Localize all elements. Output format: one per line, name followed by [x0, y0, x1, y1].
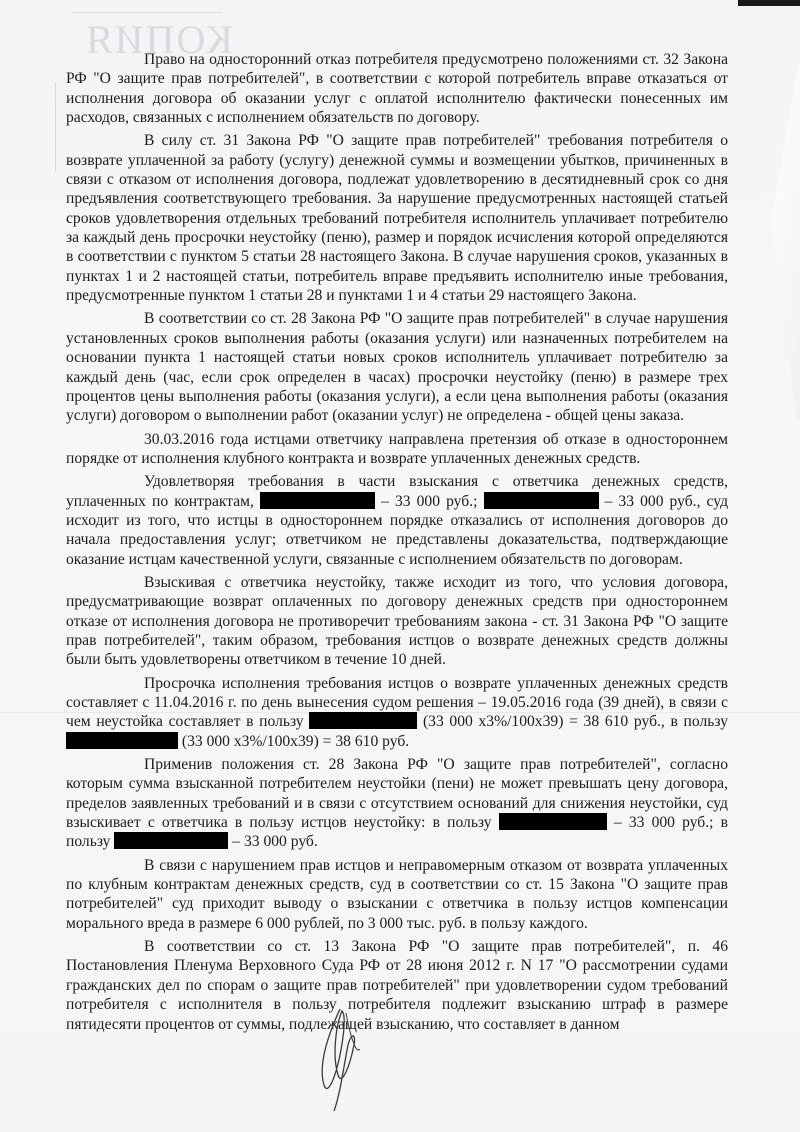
text-segment: (33 000 х3%/100х39) = 38 610 руб., в пол… — [417, 713, 728, 730]
stamp-line — [72, 12, 222, 13]
redacted-name — [484, 492, 599, 509]
redacted-name — [114, 832, 228, 849]
paragraph-claim-date: 30.03.2016 года истцами ответчику направ… — [66, 430, 728, 469]
paragraph-article-28: В соответствии со ст. 28 Закона РФ "О за… — [66, 309, 728, 425]
page-corner-shadow — [730, 0, 800, 420]
paragraph-fine: В соответствии со ст. 13 Закона РФ "О за… — [66, 937, 728, 1034]
paragraph-penalty-calc: Просрочка исполнения требования истцов о… — [66, 674, 728, 751]
text-segment: – 33 000 руб.; — [375, 493, 483, 510]
margin-line — [55, 82, 56, 172]
document-page: КОПИЯ Право на односторонний отказ потре… — [0, 0, 800, 1132]
paragraph-moral-damage: В связи с нарушением прав истцов и непра… — [66, 856, 728, 933]
paragraph-article-31: В силу ст. 31 Закона РФ "О защите прав п… — [66, 131, 728, 305]
paragraph-refusal-right: Право на односторонний отказ потребителя… — [66, 50, 728, 127]
redacted-name — [309, 712, 417, 729]
text-segment: – 33 000 руб. — [228, 833, 317, 850]
paragraph-penalty-basis: Взыскивая с ответчика неустойку, также и… — [66, 573, 728, 670]
redacted-name — [66, 732, 178, 749]
redacted-name — [260, 492, 375, 509]
paragraph-refund: Удовлетворяя требования в части взыскани… — [66, 472, 728, 569]
signature — [310, 1005, 370, 1115]
document-body: Право на односторонний отказ потребителя… — [66, 50, 728, 1038]
redacted-name — [499, 813, 607, 830]
scan-edge — [738, 0, 800, 6]
paragraph-penalty-limit: Применив положения ст. 28 Закона РФ "О з… — [66, 755, 728, 852]
text-segment: (33 000 х3%/100х39) = 38 610 руб. — [178, 733, 409, 750]
